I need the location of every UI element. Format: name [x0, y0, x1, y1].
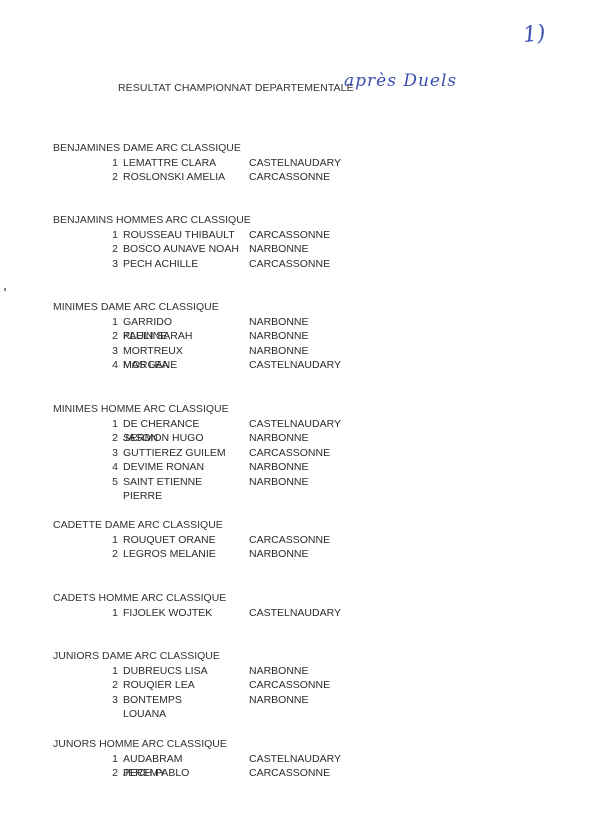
rank-cell: 5 — [108, 475, 118, 490]
club-name: NARBONNE — [249, 460, 309, 475]
result-row: 2LEGROS MELANIENARBONNE — [53, 547, 223, 562]
club-name: CARCASSONNE — [249, 766, 330, 781]
result-row: 2PECH PABLOCARCASSONNE — [53, 766, 227, 781]
rank-cell: 1 — [108, 315, 118, 330]
archer-name: GUTTIEREZ GUILEM — [123, 446, 226, 461]
archer-name: MAS LEA — [123, 358, 169, 373]
rank-cell: 3 — [108, 693, 118, 708]
rank-cell: 1 — [108, 533, 118, 548]
rank-cell: 1 — [108, 156, 118, 171]
club-name: CARCASSONNE — [249, 678, 330, 693]
result-row: 1DE CHERANCE JASONCASTELNAUDARY — [53, 417, 229, 432]
rank-cell: 2 — [108, 242, 118, 257]
rank-cell: 2 — [108, 547, 118, 562]
club-name: NARBONNE — [249, 547, 309, 562]
rank-cell: 1 — [108, 752, 118, 767]
club-name: NARBONNE — [249, 693, 309, 708]
result-row: 2SERMON HUGONARBONNE — [53, 431, 229, 446]
category-title: CADETS HOMME ARC CLASSIQUE — [53, 591, 226, 606]
result-row: 1GARRIDO PAULINENARBONNE — [53, 315, 219, 330]
result-row: 1DUBREUCS LISANARBONNE — [53, 664, 220, 679]
handwritten-page-number: 1) — [522, 21, 547, 48]
rank-cell: 2 — [108, 170, 118, 185]
result-row: 2BOSCO AUNAVE NOAHNARBONNE — [53, 242, 251, 257]
archer-name: SAINT ETIENNE PIERRE — [123, 475, 229, 504]
club-name: CASTELNAUDARY — [249, 417, 341, 432]
rank-cell: 2 — [108, 329, 118, 344]
rank-cell: 1 — [108, 228, 118, 243]
category-title: CADETTE DAME ARC CLASSIQUE — [53, 518, 223, 533]
result-row: 3MORTREUX MORGANENARBONNE — [53, 344, 219, 359]
club-name: NARBONNE — [249, 344, 309, 359]
club-name: NARBONNE — [249, 315, 309, 330]
category-section: JUNORS HOMME ARC CLASSIQUE1AUDABRAM JERE… — [53, 737, 227, 781]
document-title: RESULTAT CHAMPIONNAT DEPARTEMENTALE — [118, 82, 354, 94]
archer-name: BONTEMPS LOUANA — [123, 693, 220, 722]
rank-cell: 2 — [108, 678, 118, 693]
archer-name: ROUSSEAU THIBAULT — [123, 228, 235, 243]
handwritten-annotation: après Duels — [344, 71, 457, 91]
archer-name: FIJOLEK WOJTEK — [123, 606, 212, 621]
archer-name: LEGROS MELANIE — [123, 547, 216, 562]
archer-name: ROUQUET ORANE — [123, 533, 216, 548]
result-row: 2ROSLONSKI AMELIACARCASSONNE — [53, 170, 241, 185]
club-name: CASTELNAUDARY — [249, 752, 341, 767]
result-row: 1LEMATTRE CLARACASTELNAUDARY — [53, 156, 241, 171]
club-name: CARCASSONNE — [249, 533, 330, 548]
archer-name: LEMATTRE CLARA — [123, 156, 216, 171]
archer-name: KLEIN SARAH — [123, 329, 192, 344]
result-row: 1AUDABRAM JEREMYCASTELNAUDARY — [53, 752, 227, 767]
club-name: CASTELNAUDARY — [249, 358, 341, 373]
result-row: 1ROUQUET ORANECARCASSONNE — [53, 533, 223, 548]
rank-cell: 2 — [108, 431, 118, 446]
category-title: JUNORS HOMME ARC CLASSIQUE — [53, 737, 227, 752]
rank-cell: 3 — [108, 446, 118, 461]
category-section: MINIMES HOMME ARC CLASSIQUE1DE CHERANCE … — [53, 402, 229, 489]
rank-cell: 1 — [108, 606, 118, 621]
club-name: NARBONNE — [249, 242, 309, 257]
rank-cell: 2 — [108, 766, 118, 781]
category-title: BENJAMINES DAME ARC CLASSIQUE — [53, 141, 241, 156]
club-name: CASTELNAUDARY — [249, 156, 341, 171]
archer-name: PECH PABLO — [123, 766, 189, 781]
result-row: 3GUTTIEREZ GUILEMCARCASSONNE — [53, 446, 229, 461]
category-section: BENJAMINS HOMMES ARC CLASSIQUE1ROUSSEAU … — [53, 213, 251, 271]
archer-name: DEVIME RONAN — [123, 460, 204, 475]
result-row: 5SAINT ETIENNE PIERRENARBONNE — [53, 475, 229, 490]
club-name: NARBONNE — [249, 475, 309, 490]
archer-name: SERMON HUGO — [123, 431, 204, 446]
club-name: NARBONNE — [249, 431, 309, 446]
result-row: 3BONTEMPS LOUANANARBONNE — [53, 693, 220, 708]
club-name: NARBONNE — [249, 664, 309, 679]
category-section: CADETTE DAME ARC CLASSIQUE1ROUQUET ORANE… — [53, 518, 223, 562]
rank-cell: 1 — [108, 664, 118, 679]
category-title: MINIMES HOMME ARC CLASSIQUE — [53, 402, 229, 417]
result-row: 2KLEIN SARAHNARBONNE — [53, 329, 219, 344]
club-name: CASTELNAUDARY — [249, 606, 341, 621]
club-name: NARBONNE — [249, 329, 309, 344]
category-section: BENJAMINES DAME ARC CLASSIQUE1LEMATTRE C… — [53, 141, 241, 185]
result-row: 1ROUSSEAU THIBAULTCARCASSONNE — [53, 228, 251, 243]
category-section: JUNIORS DAME ARC CLASSIQUE1DUBREUCS LISA… — [53, 649, 220, 707]
archer-name: BOSCO AUNAVE NOAH — [123, 242, 239, 257]
club-name: CARCASSONNE — [249, 446, 330, 461]
club-name: CARCASSONNE — [249, 170, 330, 185]
result-row: 4DEVIME RONANNARBONNE — [53, 460, 229, 475]
rank-cell: 3 — [108, 344, 118, 359]
rank-cell: 1 — [108, 417, 118, 432]
category-title: MINIMES DAME ARC CLASSIQUE — [53, 300, 219, 315]
category-section: CADETS HOMME ARC CLASSIQUE1FIJOLEK WOJTE… — [53, 591, 226, 620]
rank-cell: 4 — [108, 460, 118, 475]
result-row: 1FIJOLEK WOJTEKCASTELNAUDARY — [53, 606, 226, 621]
result-row: 2ROUQIER LEACARCASSONNE — [53, 678, 220, 693]
document-page: 1) RESULTAT CHAMPIONNAT DEPARTEMENTALE a… — [0, 0, 589, 836]
rank-cell: 4 — [108, 358, 118, 373]
archer-name: ROSLONSKI AMELIA — [123, 170, 225, 185]
club-name: CARCASSONNE — [249, 228, 330, 243]
scan-artifact — [4, 288, 6, 291]
archer-name: PECH ACHILLE — [123, 257, 198, 272]
category-title: BENJAMINS HOMMES ARC CLASSIQUE — [53, 213, 251, 228]
result-row: 4MAS LEACASTELNAUDARY — [53, 358, 219, 373]
rank-cell: 3 — [108, 257, 118, 272]
archer-name: ROUQIER LEA — [123, 678, 195, 693]
category-section: MINIMES DAME ARC CLASSIQUE1GARRIDO PAULI… — [53, 300, 219, 373]
club-name: CARCASSONNE — [249, 257, 330, 272]
archer-name: DUBREUCS LISA — [123, 664, 208, 679]
category-title: JUNIORS DAME ARC CLASSIQUE — [53, 649, 220, 664]
result-row: 3PECH ACHILLECARCASSONNE — [53, 257, 251, 272]
